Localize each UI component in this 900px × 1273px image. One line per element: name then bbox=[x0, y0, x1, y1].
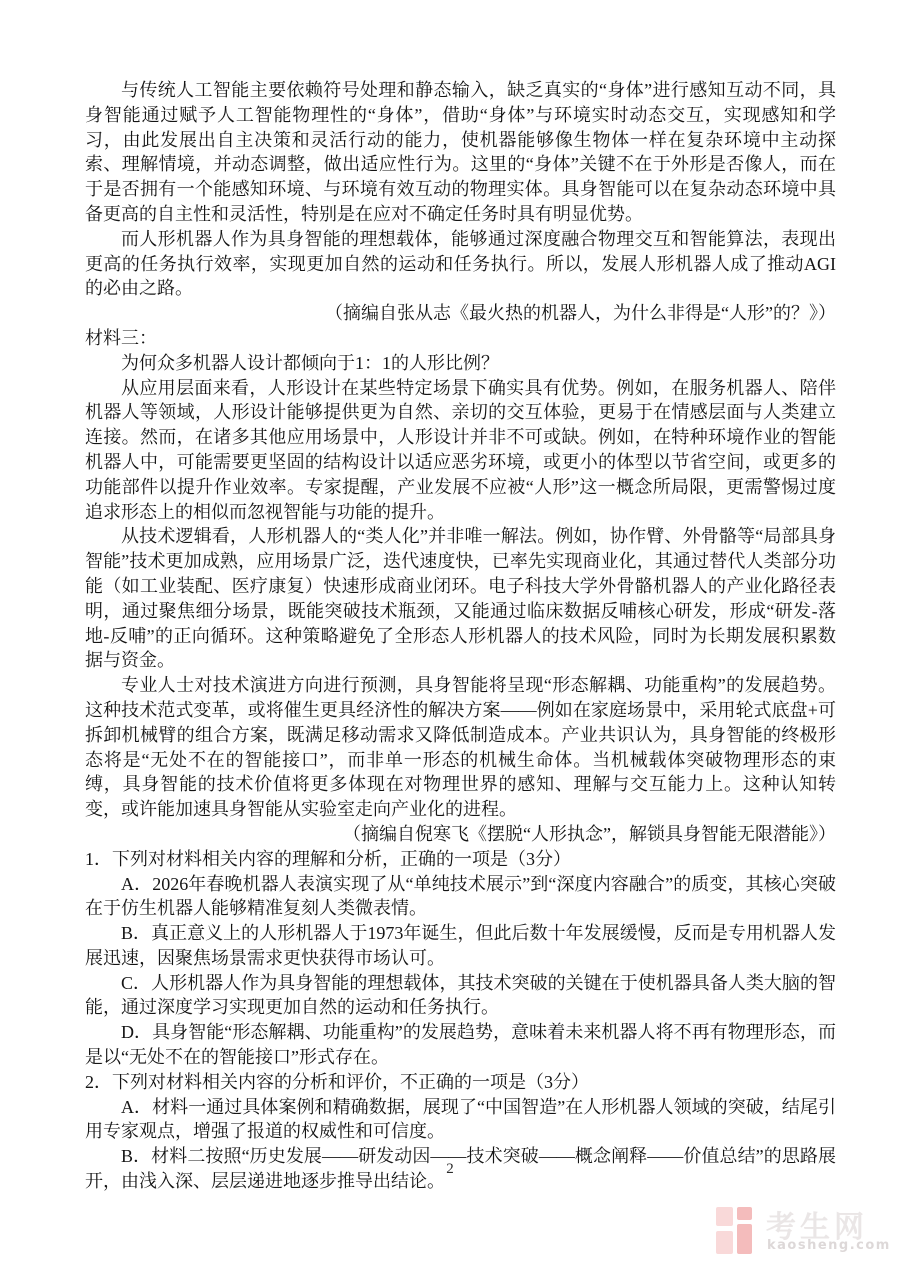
question-1-option-b: B．真正意义上的人形机器人于1973年诞生，但此后数十年发展缓慢，反而是专用机器… bbox=[85, 921, 836, 971]
material3-paragraph: 专业人士对技术演进方向进行预测，具身智能将呈现“形态解耦、功能重构”的发展趋势。… bbox=[85, 673, 836, 822]
logo-block bbox=[716, 1231, 733, 1254]
logo-block bbox=[737, 1224, 752, 1254]
question-2: 2．下列对材料相关内容的分析和评价，不正确的一项是（3分） bbox=[85, 1070, 836, 1095]
question-1: 1．下列对材料相关内容的理解和分析，正确的一项是（3分） bbox=[85, 847, 836, 872]
logo-block bbox=[716, 1207, 733, 1226]
question-1-option-d: D．具身智能“形态解耦、功能重构”的发展趋势，意味着未来机器人将不再有物理形态，… bbox=[85, 1020, 836, 1070]
exam-paper-page: 与传统人工智能主要依赖符号处理和静态输入，缺乏真实的“身体”进行感知互动不同，具… bbox=[0, 0, 900, 1273]
material3-source-citation: （摘编自倪寒飞《摆脱“人形执念”，解锁具身智能无限潜能》） bbox=[85, 822, 836, 847]
question-1-option-c: C．人形机器人作为具身智能的理想载体，其技术突破的关键在于使机器具备人类大脑的智… bbox=[85, 971, 836, 1021]
material2-paragraph: 而人形机器人作为具身智能的理想载体，能够通过深度融合物理交互和智能算法，表现出更… bbox=[85, 227, 836, 301]
material3-paragraph: 从应用层面来看，人形设计在某些特定场景下确实具有优势。例如，在服务机器人、陪伴机… bbox=[85, 376, 836, 525]
watermark-brand-en: kaosheng.com bbox=[767, 1238, 891, 1253]
kaosheng-watermark: 考生网 kaosheng.com bbox=[716, 1205, 886, 1257]
logo-block bbox=[737, 1207, 752, 1220]
material3-label: 材料三： bbox=[85, 326, 836, 351]
question-1-option-a: A．2026年春晚机器人表演实现了从“单纯技术展示”到“深度内容融合”的质变，其… bbox=[85, 872, 836, 922]
material3-paragraph: 从技术逻辑看，人形机器人的“类人化”并非唯一解法。例如，协作臂、外骨骼等“局部具… bbox=[85, 524, 836, 673]
page-content: 与传统人工智能主要依赖符号处理和静态输入，缺乏真实的“身体”进行感知互动不同，具… bbox=[85, 78, 836, 1194]
material3-paragraph: 为何众多机器人设计都倾向于1：1的人形比例？ bbox=[85, 351, 836, 376]
material2-source-citation: （摘编自张从志《最火热的机器人，为什么非得是“人形”的？》） bbox=[85, 301, 836, 326]
question-2-option-a: A．材料一通过具体案例和精确数据，展现了“中国智造”在人形机器人领域的突破，结尾… bbox=[85, 1095, 836, 1145]
page-number: 2 bbox=[0, 1159, 900, 1179]
kaosheng-logo-icon bbox=[716, 1207, 754, 1254]
material2-paragraph: 与传统人工智能主要依赖符号处理和静态输入，缺乏真实的“身体”进行感知互动不同，具… bbox=[85, 78, 836, 227]
